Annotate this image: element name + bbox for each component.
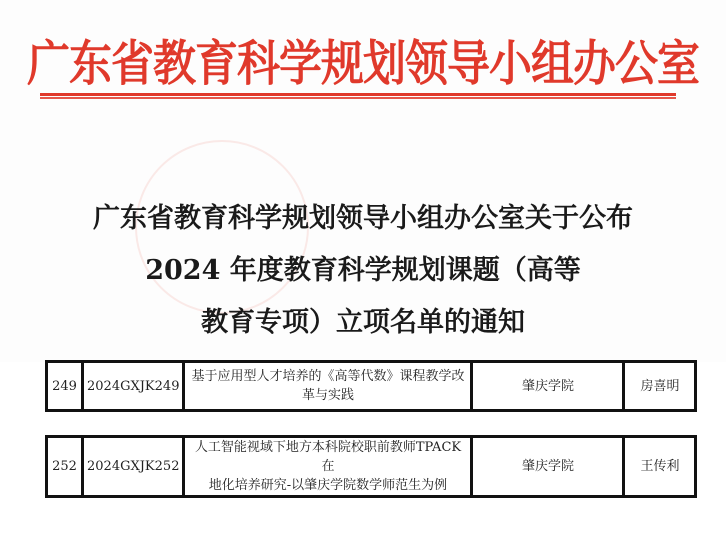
notice-title-line-2: 2024 年度教育科学规划课题（高等 <box>0 245 726 297</box>
cell-project-title: 人工智能视域下地方本科院校职前教师TPACK在 地化培养研究-以肇庆学院数学师范… <box>184 437 472 497</box>
project-title-line-2: 地化培养研究-以肇庆学院数学师范生为例 <box>188 476 467 495</box>
table-row: 249 2024GXJK249 基于应用型人才培养的《高等代数》课程教学改 革与… <box>47 362 696 411</box>
project-title-line-1: 基于应用型人才培养的《高等代数》课程教学改 <box>188 367 467 386</box>
cell-project-title: 基于应用型人才培养的《高等代数》课程教学改 革与实践 <box>184 362 472 411</box>
cell-seq: 252 <box>47 437 83 497</box>
letterhead-red-rule <box>40 93 676 96</box>
letterhead-org-name: 广东省教育科学规划领导小组办公室 <box>0 26 726 94</box>
notice-title-line-1: 广东省教育科学规划领导小组办公室关于公布 <box>0 193 726 245</box>
cell-leader: 王传利 <box>624 437 696 497</box>
project-title-line-2: 革与实践 <box>188 386 467 405</box>
project-title-line-1: 人工智能视域下地方本科院校职前教师TPACK在 <box>188 438 467 476</box>
project-table-row-249: 249 2024GXJK249 基于应用型人才培养的《高等代数》课程教学改 革与… <box>45 360 697 412</box>
cell-project-code: 2024GXJK252 <box>83 437 184 497</box>
project-table-row-252: 252 2024GXJK252 人工智能视域下地方本科院校职前教师TPACK在 … <box>45 435 697 498</box>
cell-institution: 肇庆学院 <box>472 437 624 497</box>
letterhead-red-rule-thin <box>40 97 676 99</box>
notice-title-line-3: 教育专项）立项名单的通知 <box>0 297 726 349</box>
cell-seq: 249 <box>47 362 83 411</box>
notice-title: 广东省教育科学规划领导小组办公室关于公布 2024 年度教育科学规划课题（高等 … <box>0 193 726 349</box>
table-row: 252 2024GXJK252 人工智能视域下地方本科院校职前教师TPACK在 … <box>47 437 696 497</box>
cell-institution: 肇庆学院 <box>472 362 624 411</box>
cell-project-code: 2024GXJK249 <box>83 362 184 411</box>
cell-leader: 房喜明 <box>624 362 696 411</box>
